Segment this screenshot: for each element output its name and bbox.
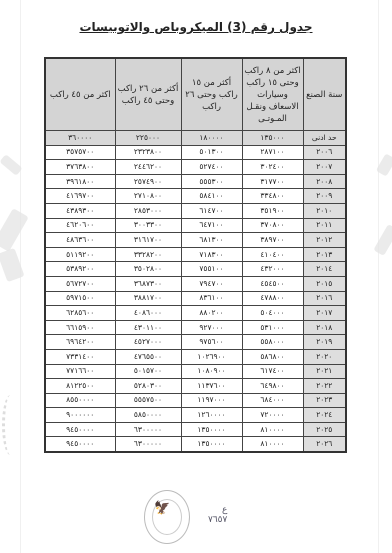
table-row: ٢٠٢٦٨١٠٠٠٠١٣٥٠٠٠٠٦٣٠٠٠٠٠٩٤٥٠٠٠٠: [45, 437, 346, 452]
value-26-45-cell: ٢٧١٠٨٠٠: [115, 189, 181, 204]
value-15-26-cell: ٧١٨٣٠٠: [181, 247, 242, 262]
value-45-plus-cell: ٨١٢٢٥٠٠: [45, 379, 115, 394]
year-cell: ٢٠١٠: [303, 203, 346, 218]
table-row: ٢٠٢٣٦٨٤٠٠٠١١٩٧٠٠٠٥٥٥٧٥٠٠٨٥٥٠٠٠٠: [45, 393, 346, 408]
year-cell: ٢٠٢٦: [303, 437, 346, 452]
value-15-26-cell: ٦٨١٣٠٠: [181, 233, 242, 248]
signature-line-1: ع: [208, 505, 227, 515]
value-45-plus-cell: ٧٣٣١٤٠٠: [45, 349, 115, 364]
value-45-plus-cell: ٣٧٦٣٨٠٠: [45, 160, 115, 175]
value-15-26-cell: ٦٤٧١٠٠: [181, 218, 242, 233]
value-26-45-cell: ٣٨٨١٧٠٠: [115, 291, 181, 306]
eagle-emblem-icon: 🦅: [154, 501, 170, 516]
watermark-shape: [373, 224, 392, 256]
value-26-45-cell: ٣٥٠٢٨٠٠: [115, 262, 181, 277]
year-cell: ٢٠٠٧: [303, 160, 346, 175]
value-8-15-cell: ٣٥١٩٠٠: [242, 203, 303, 218]
value-8-15-cell: ٥٣١٠٠٠: [242, 320, 303, 335]
value-8-15-cell: ٥٥٨٠٠٠: [242, 335, 303, 350]
year-cell: ٢٠١١: [303, 218, 346, 233]
year-cell: ٢٠١٥: [303, 276, 346, 291]
value-26-45-cell: ٢٣٢٣٨٠٠: [115, 145, 181, 160]
value-26-45-cell: ٤٥٢٧٠٠٠: [115, 335, 181, 350]
value-8-15-cell: ٤٧٨٨٠٠: [242, 291, 303, 306]
year-cell: ٢٠٢٠: [303, 349, 346, 364]
value-15-26-cell: ٥٥٥٣٠٠: [181, 174, 242, 189]
value-8-15-cell: ٤١٠٤٠٠: [242, 247, 303, 262]
value-15-26-cell: ٧٥٥١٠٠: [181, 262, 242, 277]
wreath-watermark-icon: [2, 395, 19, 455]
table-row: ٢٠١٧٥٠٤٠٠٠٨٨٠٢٠٠٤٠٨٦٠٠٠٦٢٨٥٦٠٠: [45, 306, 346, 321]
value-45-plus-cell: ٥٩٧١٥٠٠: [45, 291, 115, 306]
value-15-26-cell: ٩٧٥٦٠٠: [181, 335, 242, 350]
value-15-26-cell: ٧٩٤٧٠٠: [181, 276, 242, 291]
year-cell: ٢٠٠٨: [303, 174, 346, 189]
value-8-15-cell: ٦٨٤٠٠٠: [242, 393, 303, 408]
value-8-15-cell: ٧٢٠٠٠٠: [242, 408, 303, 423]
table-row: ٢٠١٥٤٥٤٥٠٠٧٩٤٧٠٠٣٦٨٧٣٠٠٥٦٧٢٧٠٠: [45, 276, 346, 291]
minimum-row: حد ادنى١٣٥٠٠٠١٨٠٠٠٠٢٢٥٠٠٠٣٦٠٠٠٠: [45, 131, 346, 146]
value-45-plus-cell: ٤٦٢٠٦٠٠: [45, 218, 115, 233]
table-row: ٢٠١٨٥٣١٠٠٠٩٢٧٠٠٠٤٣٠١١٠٠٦٦١٥٩٠٠: [45, 320, 346, 335]
value-26-45-cell: ٥٨٥٠٠٠٠: [115, 408, 181, 423]
table-row: ٢٠٠٧٣٠٢٤٠٠٥٢٧٤٠٠٢٤٤٦٢٠٠٣٧٦٣٨٠٠: [45, 160, 346, 175]
year-cell: ٢٠١٨: [303, 320, 346, 335]
value-26-45-cell: ٣٠٠٣٣٠٠: [115, 218, 181, 233]
value-45-plus-cell: ٩٠٠٠٠٠٠: [45, 408, 115, 423]
watermark-shape: [0, 208, 29, 252]
fare-table: سنة الصنع اكثر من ٨ راكب وحتى ١٥ راكب وس…: [44, 57, 347, 453]
value-8-15-cell: ٦٤٩٨٠٠: [242, 379, 303, 394]
year-cell: ٢٠١٦: [303, 291, 346, 306]
table-row: ٢٠٢٢٦٤٩٨٠٠١١٣٧٦٠٠٥٢٨٠٣٠٠٨١٢٢٥٠٠: [45, 379, 346, 394]
value-15-26-cell: ١٣٥٠٠٠٠: [181, 437, 242, 452]
value-45-plus-cell: ٦٦١٥٩٠٠: [45, 320, 115, 335]
table-row: ٢٠٢٥٨١٠٠٠٠١٣٥٠٠٠٠٦٣٠٠٠٠٠٩٤٥٠٠٠٠: [45, 422, 346, 437]
handwritten-signature: ع ٧٦٥٧: [208, 505, 227, 525]
year-cell: حد ادنى: [303, 131, 346, 146]
value-26-45-cell: ٤٠٨٦٠٠٠: [115, 306, 181, 321]
official-stamp: 🦅: [144, 490, 190, 544]
value-8-15-cell: ٢٨٧١٠٠: [242, 145, 303, 160]
value-45-plus-cell: ٦٢٨٥٦٠٠: [45, 306, 115, 321]
table-row: ٢٠١٤٤٣٢٠٠٠٧٥٥١٠٠٣٥٠٢٨٠٠٥٣٨٩٢٠٠: [45, 262, 346, 277]
value-8-15-cell: ٣١٧٧٠٠: [242, 174, 303, 189]
value-45-plus-cell: ٥١١٩٢٠٠: [45, 247, 115, 262]
value-45-plus-cell: ٣٩٦١٨٠٠: [45, 174, 115, 189]
header-45-plus-passengers: اكثر من ٤٥ راكب: [45, 58, 115, 131]
year-cell: ٢٠٢٢: [303, 379, 346, 394]
year-cell: ٢٠٢١: [303, 364, 346, 379]
value-26-45-cell: ٦٣٠٠٠٠٠: [115, 437, 181, 452]
value-26-45-cell: ٣٦٨٧٣٠٠: [115, 276, 181, 291]
value-15-26-cell: ١٢٦٠٠٠٠: [181, 408, 242, 423]
value-26-45-cell: ٢٢٥٠٠٠: [115, 131, 181, 146]
year-cell: ٢٠٢٤: [303, 408, 346, 423]
header-15-26-passengers: أكثر من ١٥ راكب وحتى ٢٦ راكب: [181, 58, 242, 131]
value-15-26-cell: ٩٢٧٠٠٠: [181, 320, 242, 335]
page-edge-right: [378, 0, 379, 553]
value-8-15-cell: ٥٠٤٠٠٠: [242, 306, 303, 321]
header-8-15-passengers: اكثر من ٨ راكب وحتى ١٥ راكب وسيارات الاس…: [242, 58, 303, 131]
year-cell: ٢٠٢٣: [303, 393, 346, 408]
table-row: ٢٠٠٨٣١٧٧٠٠٥٥٥٣٠٠٢٥٧٤٩٠٠٣٩٦١٨٠٠: [45, 174, 346, 189]
signature-line-2: ٧٦٥٧: [208, 515, 227, 525]
table-row: ٢٠١٠٣٥١٩٠٠٦١٤٧٠٠٢٨٥٣٠٠٠٤٣٨٩٣٠٠: [45, 203, 346, 218]
value-45-plus-cell: ٤٣٨٩٣٠٠: [45, 203, 115, 218]
value-26-45-cell: ٤٣٠١١٠٠: [115, 320, 181, 335]
value-45-plus-cell: ٧٧١٦٦٠٠: [45, 364, 115, 379]
value-8-15-cell: ٣٠٢٤٠٠: [242, 160, 303, 175]
table-row: ٢٠١٩٥٥٨٠٠٠٩٧٥٦٠٠٤٥٢٧٠٠٠٦٩٦٤٢٠٠: [45, 335, 346, 350]
value-26-45-cell: ٦٣٠٠٠٠٠: [115, 422, 181, 437]
value-8-15-cell: ٣٣٤٨٠٠: [242, 189, 303, 204]
value-15-26-cell: ١١٣٧٦٠٠: [181, 379, 242, 394]
header-year: سنة الصنع: [303, 58, 346, 131]
value-8-15-cell: ٣٨٩٧٠٠: [242, 233, 303, 248]
year-cell: ٢٠٢٥: [303, 422, 346, 437]
document-title: جدول رقم (3) الميكروباص والاتوبيسات: [0, 20, 392, 34]
value-15-26-cell: ٥٨٤١٠٠: [181, 189, 242, 204]
header-26-45-passengers: أكثر من ٢٦ راكب وحتى ٤٥ راكب: [115, 58, 181, 131]
table-row: ٢٠٠٦٢٨٧١٠٠٥٠١٣٠٠٢٣٢٣٨٠٠٣٥٧٥٧٠٠: [45, 145, 346, 160]
table-row: ٢٠٢١٦١٧٤٠٠١٠٨٠٩٠٠٥٠١٥٧٠٠٧٧١٦٦٠٠: [45, 364, 346, 379]
value-8-15-cell: ٣٧٠٨٠٠: [242, 218, 303, 233]
table-row: ٢٠٢٤٧٢٠٠٠٠١٢٦٠٠٠٠٥٨٥٠٠٠٠٩٠٠٠٠٠٠: [45, 408, 346, 423]
value-45-plus-cell: ٥٣٨٩٢٠٠: [45, 262, 115, 277]
value-15-26-cell: ١١٩٧٠٠٠: [181, 393, 242, 408]
table-row: ٢٠١٣٤١٠٤٠٠٧١٨٣٠٠٣٣٢٨٢٠٠٥١١٩٢٠٠: [45, 247, 346, 262]
value-26-45-cell: ٥٢٨٠٣٠٠: [115, 379, 181, 394]
value-26-45-cell: ٢٤٤٦٢٠٠: [115, 160, 181, 175]
year-cell: ٢٠١٤: [303, 262, 346, 277]
value-8-15-cell: ٤٣٢٠٠٠: [242, 262, 303, 277]
value-45-plus-cell: ٥٦٧٢٧٠٠: [45, 276, 115, 291]
value-15-26-cell: ٦١٤٧٠٠: [181, 203, 242, 218]
value-45-plus-cell: ٩٤٥٠٠٠٠: [45, 422, 115, 437]
value-45-plus-cell: ٣٥٧٥٧٠٠: [45, 145, 115, 160]
value-45-plus-cell: ٣٦٠٠٠٠: [45, 131, 115, 146]
value-15-26-cell: ١٠٢٦٩٠٠: [181, 349, 242, 364]
value-26-45-cell: ٢٨٥٣٠٠٠: [115, 203, 181, 218]
value-8-15-cell: ٤٥٤٥٠٠: [242, 276, 303, 291]
value-8-15-cell: ٥٨٦٨٠٠: [242, 349, 303, 364]
year-cell: ٢٠٠٩: [303, 189, 346, 204]
value-45-plus-cell: ٩٤٥٠٠٠٠: [45, 437, 115, 452]
value-45-plus-cell: ٨٥٥٠٠٠٠: [45, 393, 115, 408]
table-header-row: سنة الصنع اكثر من ٨ راكب وحتى ١٥ راكب وس…: [45, 58, 346, 131]
value-26-45-cell: ٤٧٦٥٥٠٠: [115, 349, 181, 364]
table-row: ٢٠٠٩٣٣٤٨٠٠٥٨٤١٠٠٢٧١٠٨٠٠٤١٦٩٧٠٠: [45, 189, 346, 204]
value-15-26-cell: ٨٣٦١٠٠: [181, 291, 242, 306]
value-26-45-cell: ٣١٦١٧٠٠: [115, 233, 181, 248]
value-8-15-cell: ٨١٠٠٠٠: [242, 422, 303, 437]
year-cell: ٢٠١٣: [303, 247, 346, 262]
value-26-45-cell: ٢٥٧٤٩٠٠: [115, 174, 181, 189]
table-row: ٢٠٢٠٥٨٦٨٠٠١٠٢٦٩٠٠٤٧٦٥٥٠٠٧٣٣١٤٠٠: [45, 349, 346, 364]
value-45-plus-cell: ٤٨٦٣٦٠٠: [45, 233, 115, 248]
value-15-26-cell: ٨٨٠٢٠٠: [181, 306, 242, 321]
value-15-26-cell: ٥٢٧٤٠٠: [181, 160, 242, 175]
table-row: ٢٠١٢٣٨٩٧٠٠٦٨١٣٠٠٣١٦١٧٠٠٤٨٦٣٦٠٠: [45, 233, 346, 248]
table-row: ٢٠١٦٤٧٨٨٠٠٨٣٦١٠٠٣٨٨١٧٠٠٥٩٧١٥٠٠: [45, 291, 346, 306]
value-26-45-cell: ٥٥٥٧٥٠٠: [115, 393, 181, 408]
value-15-26-cell: ٥٠١٣٠٠: [181, 145, 242, 160]
year-cell: ٢٠١٢: [303, 233, 346, 248]
year-cell: ٢٠١٧: [303, 306, 346, 321]
value-8-15-cell: ٦١٧٤٠٠: [242, 364, 303, 379]
value-15-26-cell: ١٣٥٠٠٠٠: [181, 422, 242, 437]
year-cell: ٢٠٠٦: [303, 145, 346, 160]
value-8-15-cell: ٨١٠٠٠٠: [242, 437, 303, 452]
year-cell: ٢٠١٩: [303, 335, 346, 350]
value-8-15-cell: ١٣٥٠٠٠: [242, 131, 303, 146]
value-26-45-cell: ٣٣٢٨٢٠٠: [115, 247, 181, 262]
table-row: ٢٠١١٣٧٠٨٠٠٦٤٧١٠٠٣٠٠٣٣٠٠٤٦٢٠٦٠٠: [45, 218, 346, 233]
value-15-26-cell: ١٨٠٠٠٠: [181, 131, 242, 146]
value-15-26-cell: ١٠٨٠٩٠٠: [181, 364, 242, 379]
value-26-45-cell: ٥٠١٥٧٠٠: [115, 364, 181, 379]
value-45-plus-cell: ٤١٦٩٧٠٠: [45, 189, 115, 204]
value-45-plus-cell: ٦٩٦٤٢٠٠: [45, 335, 115, 350]
